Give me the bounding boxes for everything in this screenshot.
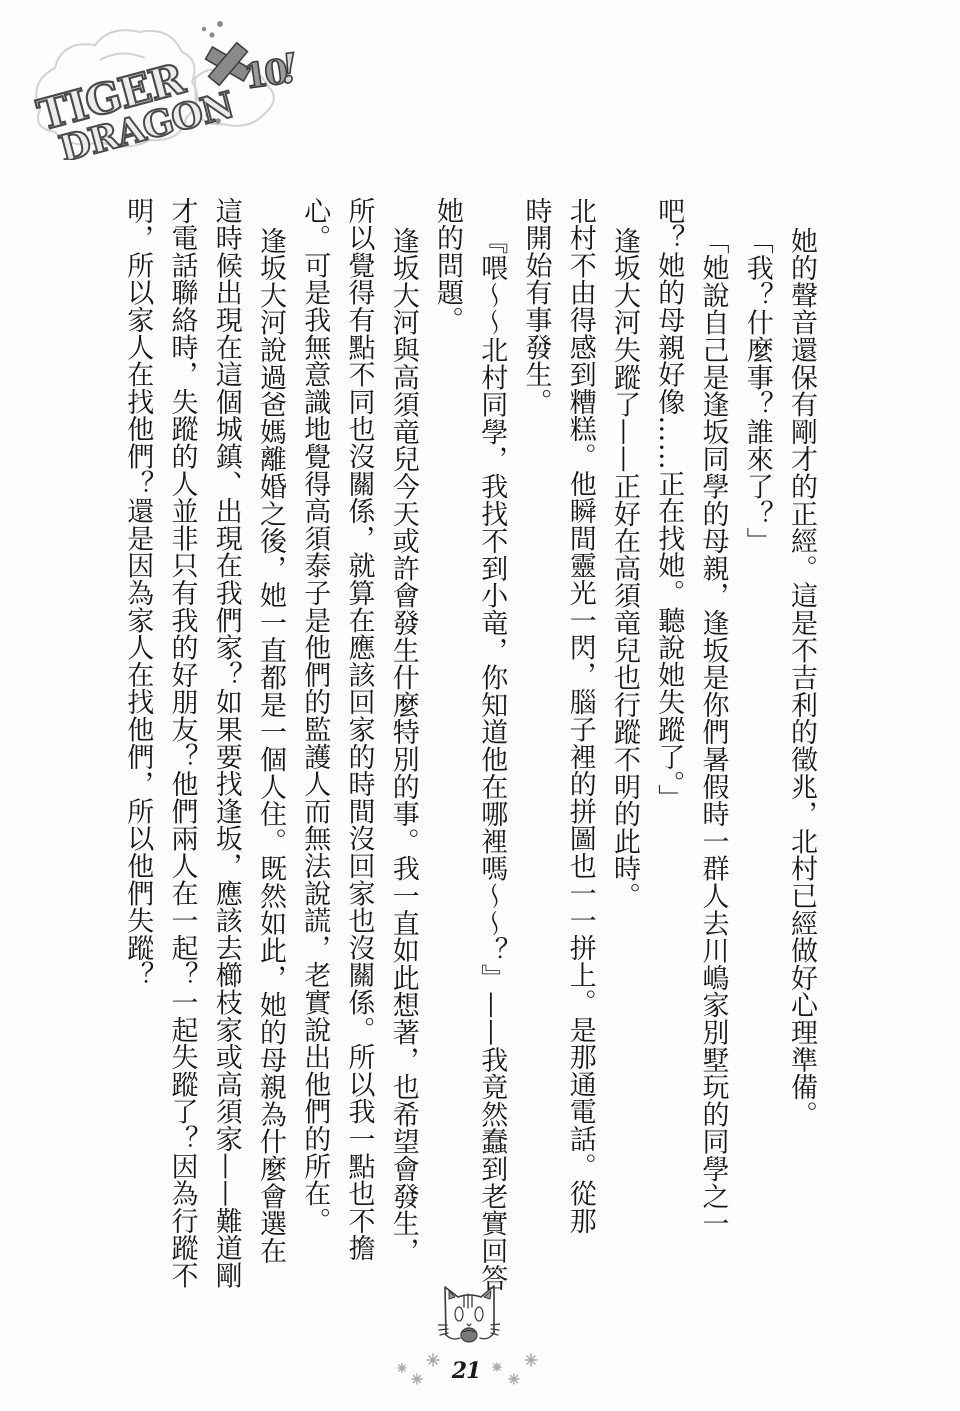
- page-number: 21: [440, 1358, 492, 1384]
- text-column: 吧？她的母親好像……正在找她。聽說她失蹤了。」: [646, 197, 690, 1282]
- text-column: 逢坂大河說過爸媽離婚之後，她一直都是一個人住。既然如此，她的母親為什麼會選在: [248, 197, 292, 1282]
- text-column: 這時候出現在這個城鎮、出現在我們家？如果要找逢坂，應該去櫛枝家或高須家——難道剛: [204, 197, 248, 1282]
- text-column: 才電話聯絡時，失蹤的人並非只有我的好朋友？他們兩人在一起？一起失蹤了？因為行蹤不: [159, 197, 203, 1282]
- text-column: 北村不由得感到糟糕。他瞬間靈光一閃，腦子裡的拼圖也一一拼上。是那通電話。從那: [558, 197, 602, 1282]
- cat-face-icon: [438, 1283, 500, 1347]
- text-column: 『喂～～北村同學，我找不到小竜，你知道他在哪裡嗎～～？』——我竟然蠢到老實回答: [469, 197, 513, 1282]
- text-column: 明，所以家人在找他們？還是因為家人在找他們，所以他們失蹤？: [115, 197, 159, 1282]
- text-column: 她的問題。: [425, 197, 469, 1282]
- text-column: 時開始有事發生。: [513, 197, 557, 1282]
- series-logo: × TIGER DRAGON 10 !: [0, 0, 300, 160]
- text-column: 「我？什麼事？誰來了？」: [735, 197, 779, 1282]
- text-column: 逢坂大河與高須竜兒今天或許會發生什麼特別的事。我一直如此想著，也希望會發生，: [381, 197, 425, 1282]
- body-text: 她的聲音還保有剛才的正經。這是不吉利的徵兆，北村已經做好心理準備。 「我？什麼事…: [115, 197, 823, 1282]
- text-column: 「她說自己是逢坂同學的母親，逢坂是你們暑假時一群人去川嶋家別墅玩的同學之一: [690, 197, 734, 1282]
- text-column: 她的聲音還保有剛才的正經。這是不吉利的徵兆，北村已經做好心理準備。: [779, 197, 823, 1282]
- text-column: 逢坂大河失蹤了——正好在高須竜兒也行蹤不明的此時。: [602, 197, 646, 1282]
- text-column: 心。可是我無意識地覺得高須泰子是他們的監護人而無法說謊，老實說出他們的所在。: [292, 197, 336, 1282]
- text-column: 所以覺得有點不同也沒關係，就算在應該回家的時間沒回家也沒關係。所以我一點也不擔: [336, 197, 380, 1282]
